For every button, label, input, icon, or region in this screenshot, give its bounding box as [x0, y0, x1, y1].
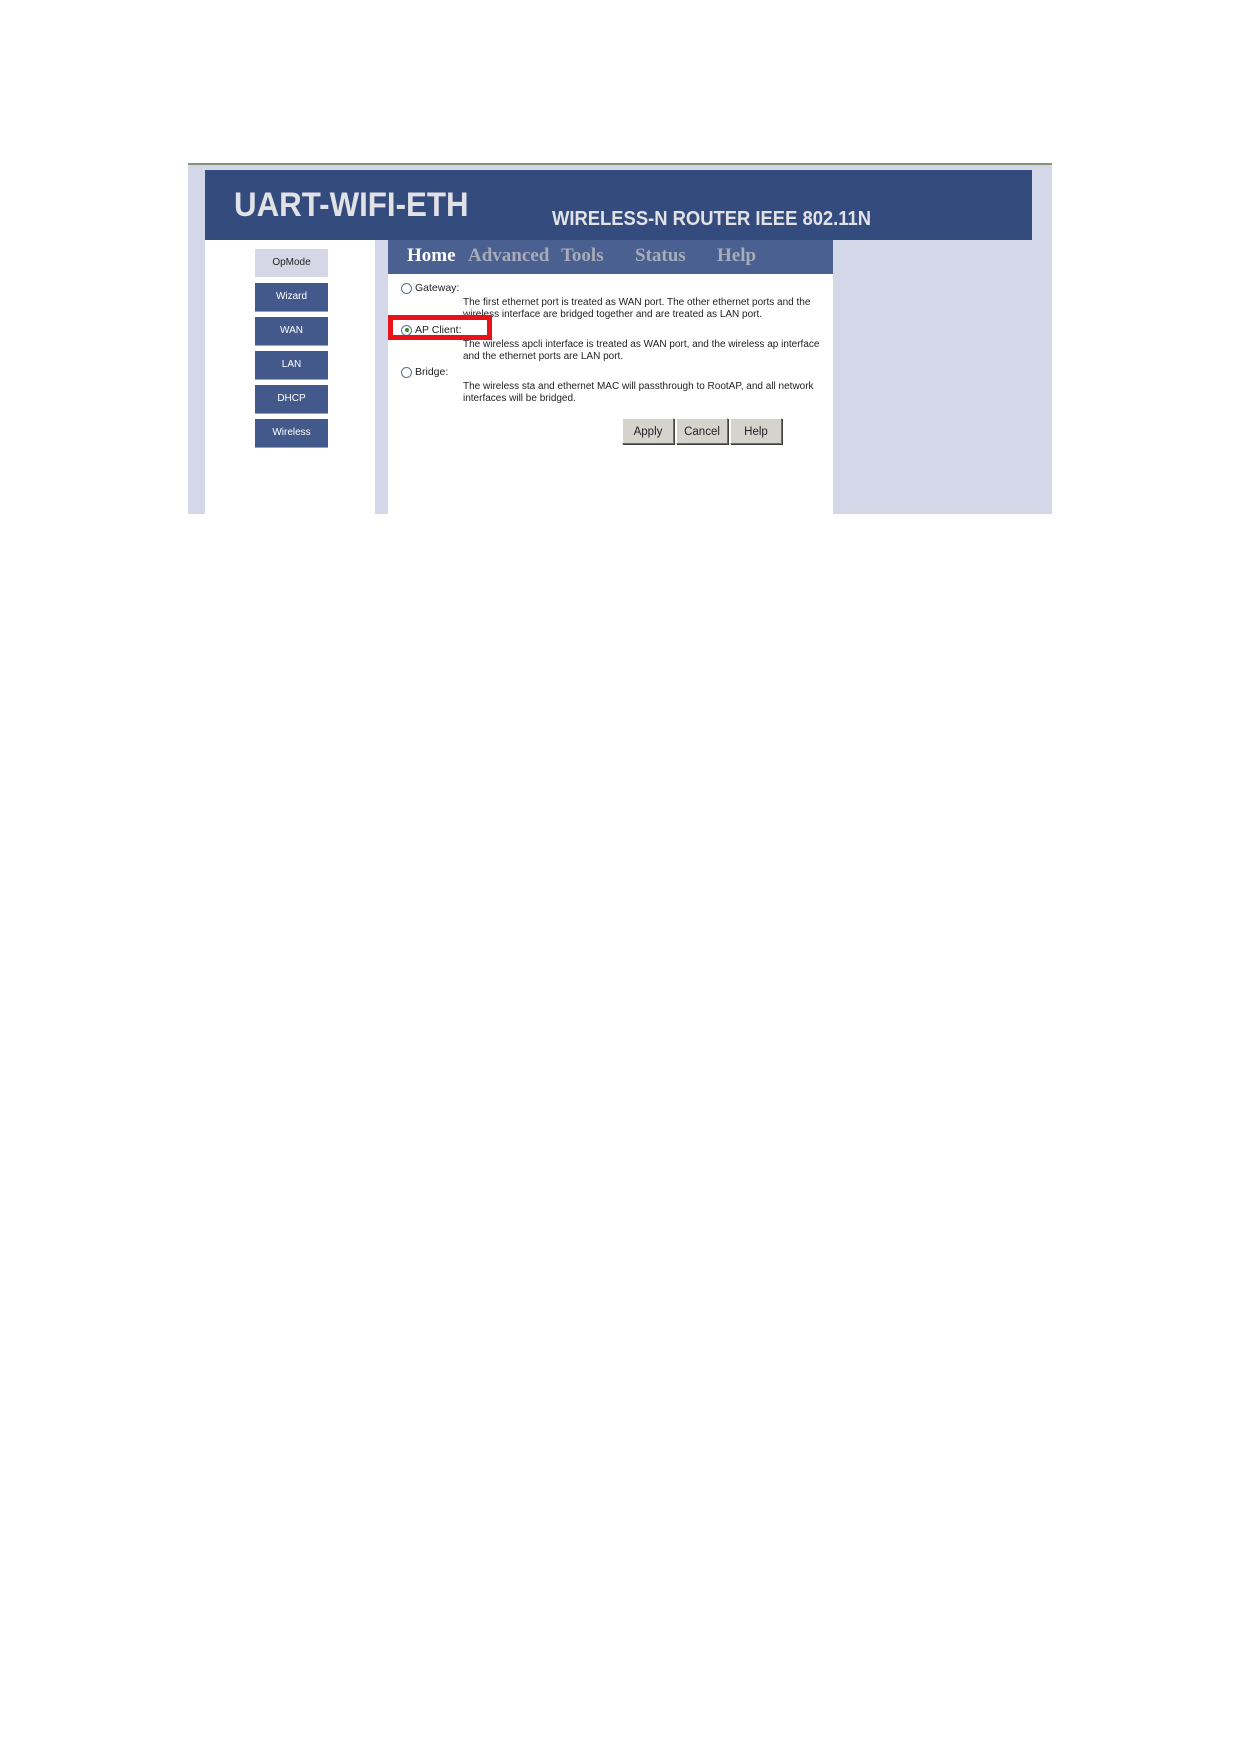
bridge-label: Bridge: — [415, 366, 448, 378]
cancel-button[interactable]: Cancel — [676, 418, 728, 444]
bridge-radio[interactable] — [401, 367, 412, 378]
option-bridge[interactable]: Bridge: — [401, 366, 448, 378]
sidebar-item-wan[interactable]: WAN — [255, 317, 328, 346]
gateway-radio[interactable] — [401, 283, 412, 294]
header-banner: UART-WIFI-ETH WIRELESS-N ROUTER IEEE 802… — [205, 170, 1032, 240]
ap-client-description: The wireless apcli interface is treated … — [463, 339, 828, 363]
ap-client-label: AP Client: — [415, 324, 462, 336]
sidebar-item-dhcp[interactable]: DHCP — [255, 385, 328, 414]
brand-title: UART-WIFI-ETH — [234, 186, 469, 225]
tab-advanced[interactable]: Advanced — [468, 245, 549, 267]
sidebar-item-opmode[interactable]: OpMode — [255, 249, 328, 277]
option-ap-client[interactable]: AP Client: — [401, 324, 462, 336]
header-subtitle: WIRELESS-N ROUTER IEEE 802.11N — [552, 208, 871, 231]
tab-help[interactable]: Help — [717, 245, 756, 267]
sidebar: OpMode Wizard WAN LAN DHCP Wireless — [205, 240, 375, 514]
top-nav: Home Advanced Tools Status Help — [388, 240, 833, 274]
bridge-description: The wireless sta and ethernet MAC will p… — [463, 381, 828, 405]
sidebar-item-lan[interactable]: LAN — [255, 351, 328, 380]
router-admin-page: UART-WIFI-ETH WIRELESS-N ROUTER IEEE 802… — [188, 163, 1052, 514]
sidebar-item-wireless[interactable]: Wireless — [255, 419, 328, 448]
ap-client-radio[interactable] — [401, 325, 412, 336]
help-button[interactable]: Help — [730, 418, 782, 444]
gateway-label: Gateway: — [415, 282, 459, 294]
tab-status[interactable]: Status — [635, 245, 686, 267]
sidebar-item-wizard[interactable]: Wizard — [255, 283, 328, 312]
option-gateway[interactable]: Gateway: — [401, 282, 459, 294]
gateway-description: The first ethernet port is treated as WA… — [463, 297, 828, 321]
apply-button[interactable]: Apply — [622, 418, 674, 444]
opmode-panel: Gateway: The first ethernet port is trea… — [388, 274, 833, 514]
tab-tools[interactable]: Tools — [561, 245, 604, 267]
tab-home[interactable]: Home — [407, 245, 456, 267]
